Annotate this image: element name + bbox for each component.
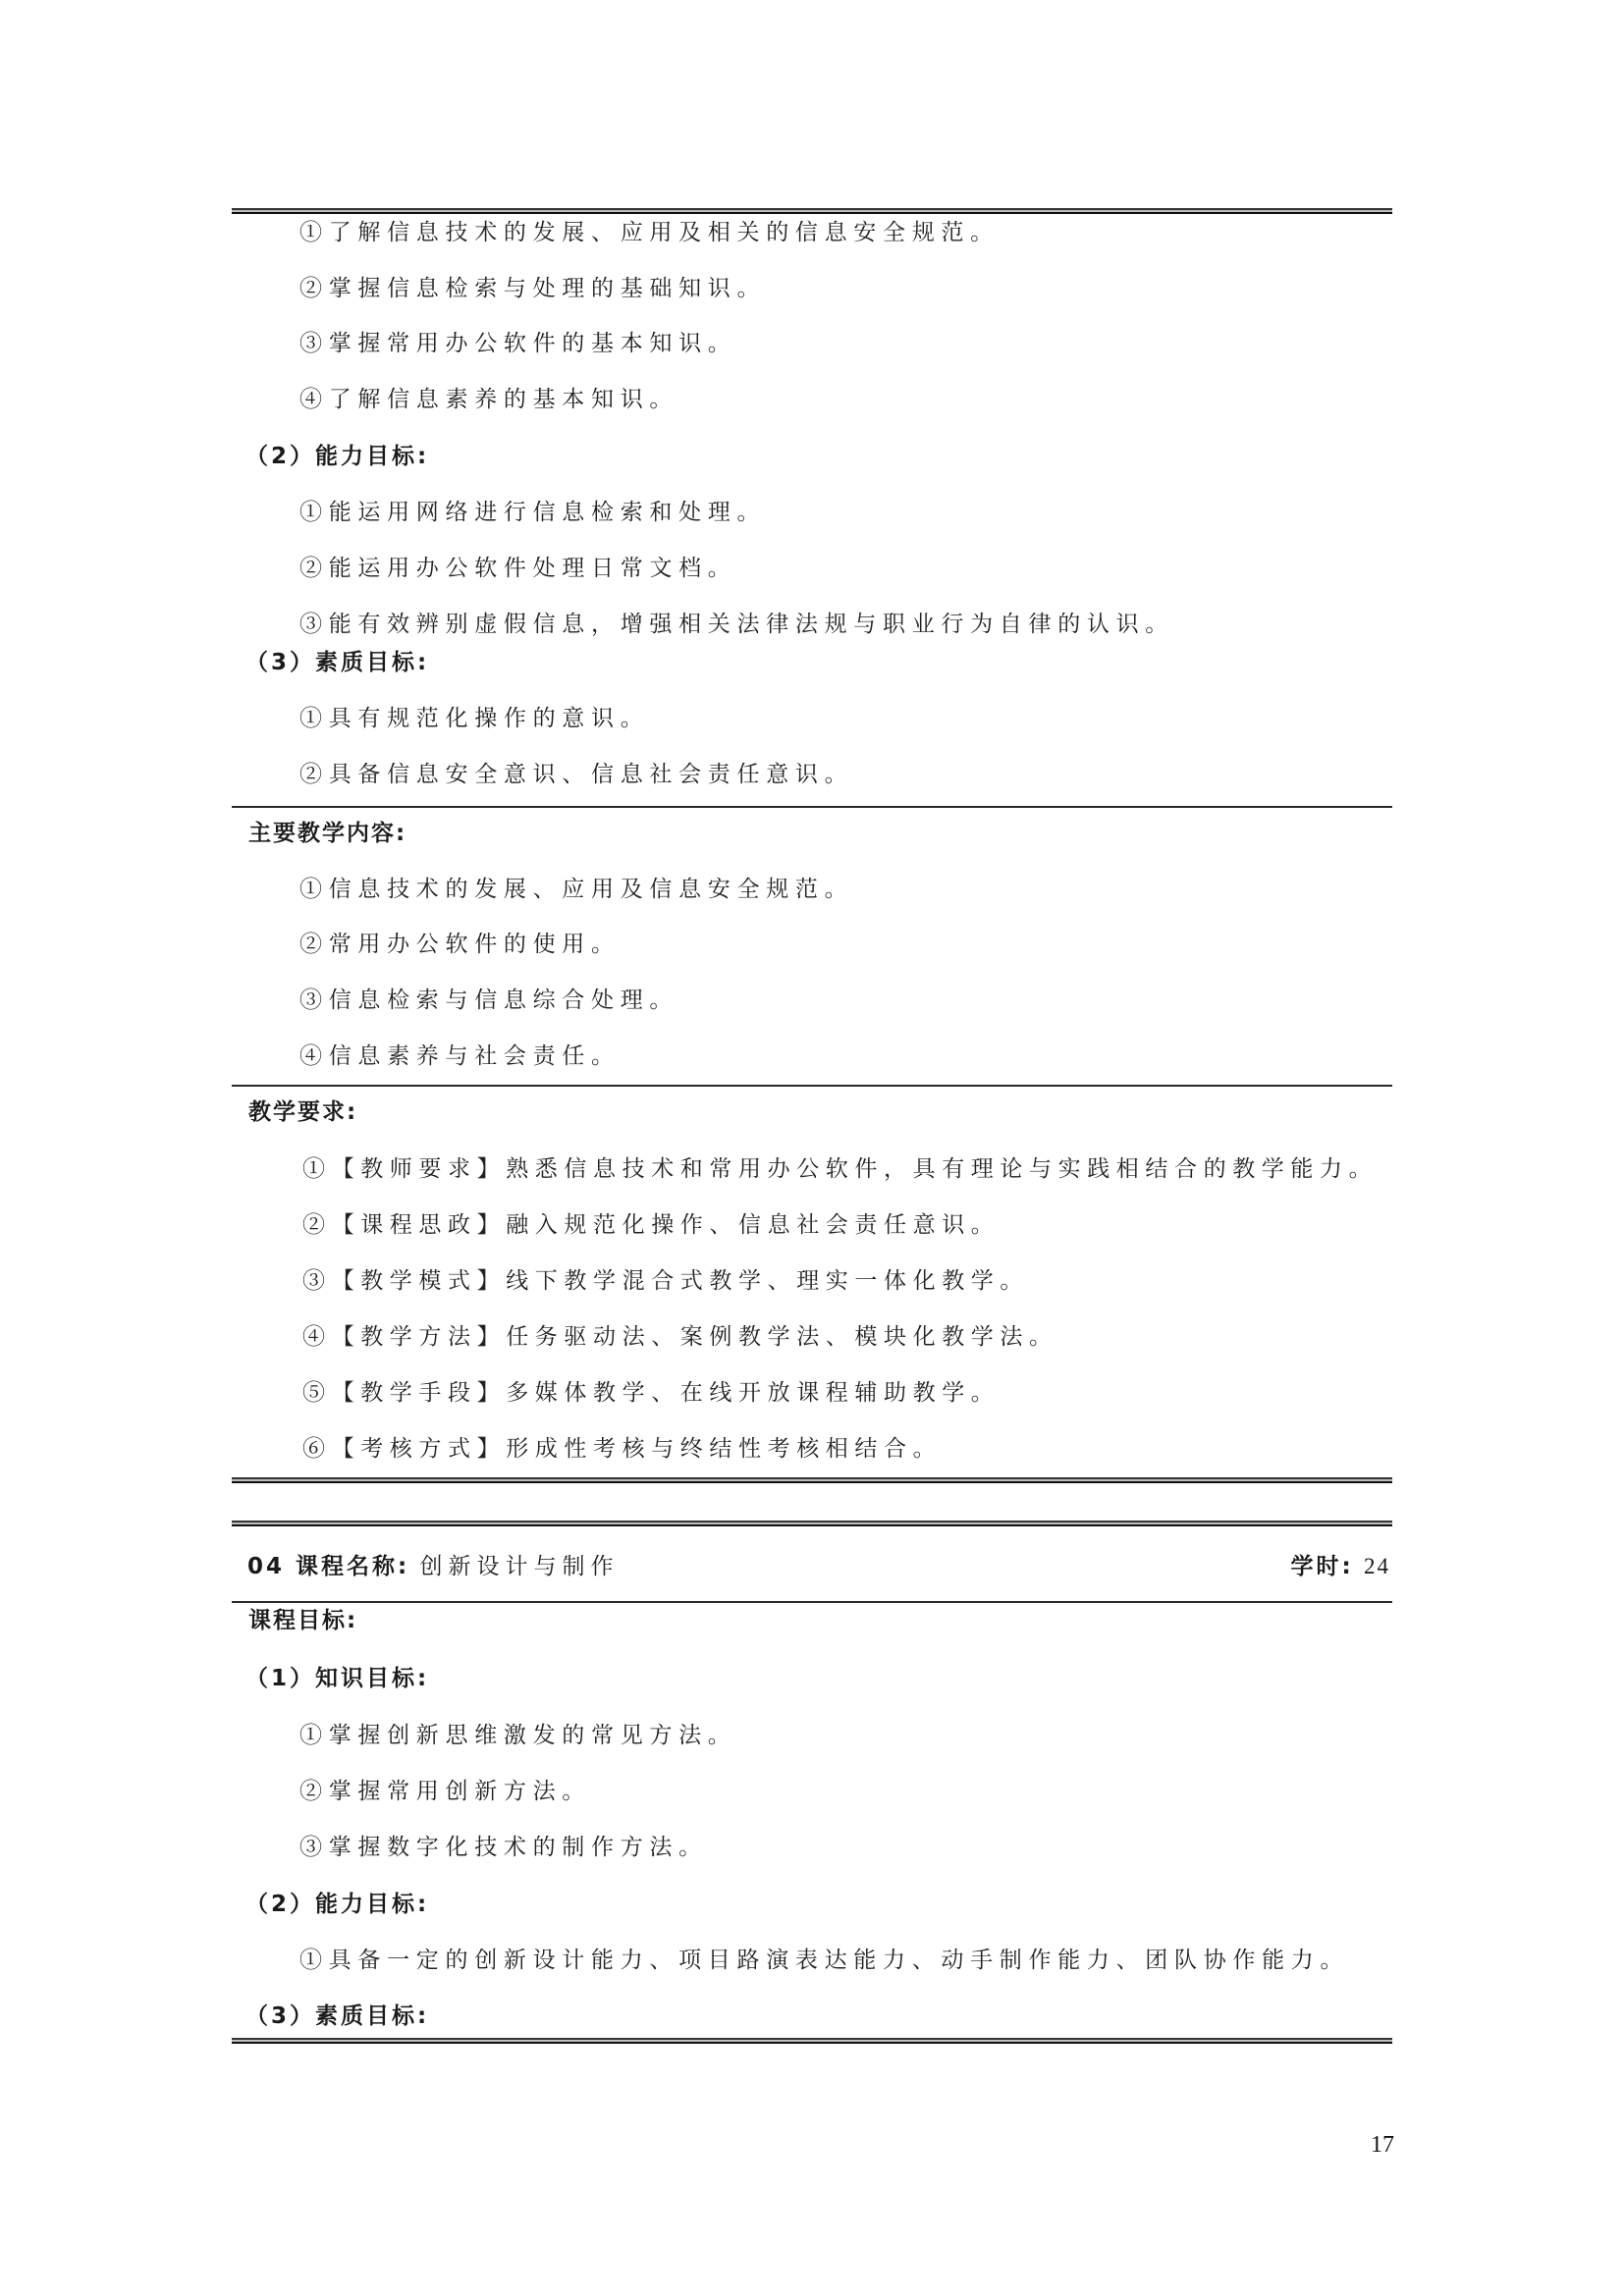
table-top-double-rule [232,208,1392,214]
requirement-item-1: ①【教师要求】熟悉信息技术和常用办公软件，具有理论与实践相结合的教学能力。 [302,1154,1378,1184]
knowledge-item-1: ①掌握创新思维激发的常见方法。 [299,1721,737,1750]
requirement-item-3: ③【教学模式】线下教学混合式教学、理实一体化教学。 [302,1266,1029,1296]
ability-item-1: ①能运用网络进行信息检索和处理。 [299,498,766,527]
content-heading: 主要教学内容: [248,819,406,848]
knowledge-item-1: ①了解信息技术的发展、应用及相关的信息安全规范。 [299,218,1000,247]
content-item-2: ②常用办公软件的使用。 [299,930,621,959]
quality-heading: （3）素质目标: [245,648,429,677]
goals-heading: 课程目标: [248,1606,357,1635]
quality-item-1: ①具有规范化操作的意识。 [299,704,649,733]
ability-heading: （2）能力目标: [245,442,429,471]
knowledge-item-3: ③掌握常用办公软件的基本知识。 [299,329,737,358]
table-top-double-rule [232,1521,1392,1526]
page-number: 17 [1371,2132,1394,2159]
section-divider [232,1085,1392,1087]
quality-heading: （3）素质目标: [245,2002,429,2031]
content-item-3: ③信息检索与信息综合处理。 [299,986,678,1015]
course-name-value: 创新设计与制作 [420,1554,620,1579]
table-bottom-double-rule [232,2038,1392,2044]
content-item-4: ④信息素养与社会责任。 [299,1041,621,1071]
requirement-item-5: ⑤【教学手段】多媒体教学、在线开放课程辅助教学。 [302,1378,1000,1408]
document-page: ①了解信息技术的发展、应用及相关的信息安全规范。 ②掌握信息检索与处理的基础知识… [0,0,1624,2296]
table-bottom-double-rule [232,1477,1392,1483]
section-divider [232,806,1392,808]
course-hours-label: 学时: [1290,1554,1353,1579]
requirement-item-2: ②【课程思政】融入规范化操作、信息社会责任意识。 [302,1210,1000,1240]
knowledge-item-3: ③掌握数字化技术的制作方法。 [299,1833,708,1862]
knowledge-item-2: ②掌握信息检索与处理的基础知识。 [299,274,766,303]
course-name-label: 04 课程名称: [247,1554,409,1579]
requirements-heading: 教学要求: [248,1097,357,1127]
course-name-row: 04 课程名称: 创新设计与制作 [247,1552,620,1581]
section-divider [232,1601,1392,1603]
content-item-1: ①信息技术的发展、应用及信息安全规范。 [299,875,853,904]
course-hours: 学时: 24 [1290,1552,1390,1581]
ability-heading: （2）能力目标: [245,1890,429,1919]
requirement-item-6: ⑥【考核方式】形成性考核与终结性考核相结合。 [302,1434,942,1464]
quality-item-2: ②具备信息安全意识、信息社会责任意识。 [299,760,853,789]
knowledge-heading: （1）知识目标: [245,1664,429,1693]
ability-item-3: ③能有效辨别虚假信息，增强相关法律法规与职业行为自律的认识。 [299,610,1174,639]
knowledge-item-2: ②掌握常用创新方法。 [299,1777,591,1806]
ability-item-2: ②能运用办公软件处理日常文档。 [299,554,737,583]
course-hours-value: 24 [1364,1554,1390,1578]
knowledge-item-4: ④了解信息素养的基本知识。 [299,385,678,414]
requirement-item-4: ④【教学方法】任务驱动法、案例教学法、模块化教学法。 [302,1322,1058,1352]
ability-item-1: ①具备一定的创新设计能力、项目路演表达能力、动手制作能力、团队协作能力。 [299,1946,1349,1975]
